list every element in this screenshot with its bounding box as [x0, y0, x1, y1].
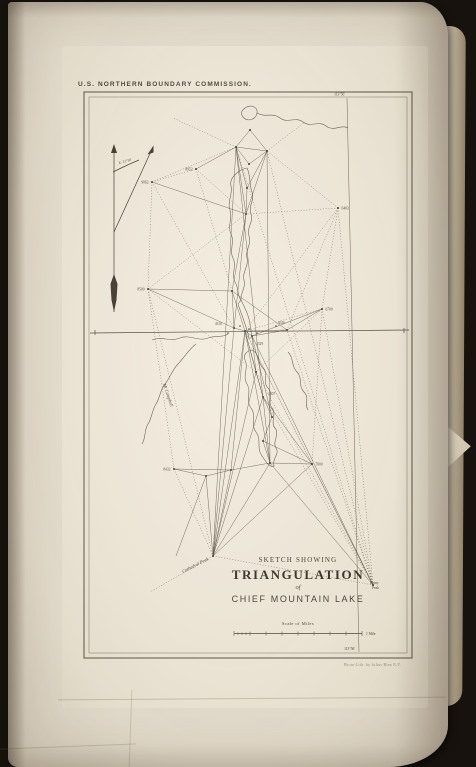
sight-line — [245, 331, 312, 464]
sight-line — [267, 151, 338, 208]
title-line-chief-mountain-lake: CHIEF MOUNTAIN LAKE — [222, 594, 374, 604]
commission-header: U.S. NORTHERN BOUNDARY COMMISSION. — [78, 81, 378, 88]
sight-line — [196, 169, 246, 214]
elevation-label: 8500 — [137, 287, 144, 291]
station-point — [151, 181, 153, 183]
title-line-triangulation: TRIANGULATION — [222, 567, 374, 583]
station-point — [205, 475, 207, 477]
sight-line — [234, 328, 245, 331]
sight-line — [267, 151, 373, 585]
elevation-label: 8952 — [185, 167, 192, 171]
sight-line — [236, 147, 246, 214]
sight-line — [246, 188, 247, 214]
map-title-block: SKETCH SHOWING TRIANGULATION of CHIEF MO… — [222, 556, 374, 604]
sight-line — [263, 417, 272, 441]
station-point — [255, 371, 257, 373]
sight-line — [231, 463, 270, 470]
sight-line — [213, 463, 270, 556]
sight-line — [196, 169, 232, 291]
north-arrow: E. 21°30' — [111, 144, 154, 312]
sight-line — [196, 147, 236, 169]
elevation-label: 4329 — [256, 342, 263, 346]
station-point — [262, 396, 264, 398]
station-point — [321, 308, 323, 310]
sight-line — [245, 331, 373, 585]
sight-line — [267, 122, 305, 151]
mt-campbell-label: Mt Campbell — [162, 382, 175, 408]
scale-bar: Scale of Miles 1 Mile — [234, 621, 376, 636]
sight-line — [245, 208, 338, 331]
sight-line — [176, 476, 206, 556]
sight-line — [148, 289, 213, 556]
station-point — [230, 469, 232, 471]
elevation-label: 9062 — [141, 180, 148, 184]
station-point — [244, 330, 246, 332]
sight-line — [152, 147, 236, 182]
scale-label: Scale of Miles — [282, 621, 314, 626]
station-point — [286, 329, 288, 331]
sight-line — [148, 214, 246, 289]
sight-line — [236, 147, 270, 463]
sight-line — [174, 469, 213, 556]
sight-line — [263, 397, 312, 464]
sight-line — [174, 469, 231, 470]
sight-line — [174, 469, 206, 476]
sight-line — [213, 470, 231, 556]
station-point — [235, 146, 237, 148]
sight-line — [247, 151, 267, 188]
elevation-label: 7000 — [316, 462, 323, 466]
sight-line — [322, 309, 373, 585]
station-point — [269, 462, 271, 464]
station-point — [251, 335, 253, 337]
sight-line — [252, 309, 322, 336]
sight-line — [312, 309, 322, 464]
sight-line — [236, 147, 267, 151]
sight-line — [250, 130, 267, 151]
station-point — [246, 187, 248, 189]
station-point — [233, 327, 235, 329]
sight-line — [148, 182, 152, 289]
sight-line — [152, 182, 234, 328]
station-point — [245, 213, 247, 215]
station-point — [337, 207, 339, 209]
station-point — [248, 328, 250, 330]
station-point — [212, 555, 214, 557]
elevation-label: 8432 — [163, 467, 170, 471]
station-point — [271, 416, 273, 418]
sight-line — [287, 309, 322, 330]
station-point — [231, 290, 233, 292]
station-point — [248, 163, 250, 165]
station-point — [249, 129, 251, 131]
sight-line — [206, 470, 231, 476]
title-line-sketch-showing: SKETCH SHOWING — [222, 556, 374, 564]
meridian-top-label: 113°56' — [334, 93, 345, 97]
sight-line — [236, 130, 250, 147]
sight-line — [246, 151, 267, 214]
water-outline — [288, 352, 308, 410]
elevation-label: 4307 — [268, 392, 275, 396]
station-point — [275, 325, 277, 327]
station-point — [195, 168, 197, 170]
sight-line — [236, 147, 373, 585]
scanned-book-photo: { "page": { "header": "U.S. NORTHERN BOU… — [0, 0, 476, 767]
cathedral-peak-label: Cathedral Peak — [181, 556, 210, 574]
sight-line — [148, 289, 232, 291]
sight-line — [213, 372, 256, 556]
water-outline — [257, 113, 348, 128]
lake-and-streams — [142, 106, 348, 466]
printer-imprint: Photo-Lith. by Julius Bien N.Y. — [344, 663, 401, 667]
sight-line — [270, 463, 312, 464]
scale-right-label: 1 Mile — [366, 632, 376, 636]
title-line-of: of — [222, 584, 374, 591]
water-outline — [229, 168, 253, 300]
sight-line — [152, 182, 246, 214]
elevation-label: 4316 — [278, 321, 285, 325]
elevation-label: 4310 — [215, 322, 222, 326]
water-outline — [152, 334, 228, 340]
elevation-label: 6403 — [342, 206, 349, 210]
sight-line — [267, 151, 270, 463]
meridian-bottom-label: 113°56' — [344, 647, 355, 651]
station-point — [239, 325, 241, 327]
sight-line — [173, 118, 236, 147]
station-point — [147, 288, 149, 290]
sight-line — [236, 147, 247, 188]
station-point — [227, 332, 229, 334]
sight-line — [263, 397, 272, 417]
station-point — [311, 463, 313, 465]
water-outline — [241, 106, 257, 120]
triangulation-map: 113°56' 113°56' E. 21°30' 64039062895285… — [0, 0, 476, 767]
sight-line — [287, 208, 338, 330]
station-point — [256, 332, 258, 334]
station-point — [266, 150, 268, 152]
station-point — [173, 468, 175, 470]
sight-line — [246, 208, 338, 214]
sight-line — [322, 208, 338, 309]
station-point — [262, 440, 264, 442]
triangulation-lines — [148, 118, 373, 592]
sight-line — [287, 330, 373, 585]
sight-line — [206, 476, 213, 556]
sight-line — [213, 464, 312, 556]
sight-line — [213, 331, 245, 556]
sight-line — [249, 151, 267, 164]
elevation-label: 6700 — [326, 307, 333, 311]
